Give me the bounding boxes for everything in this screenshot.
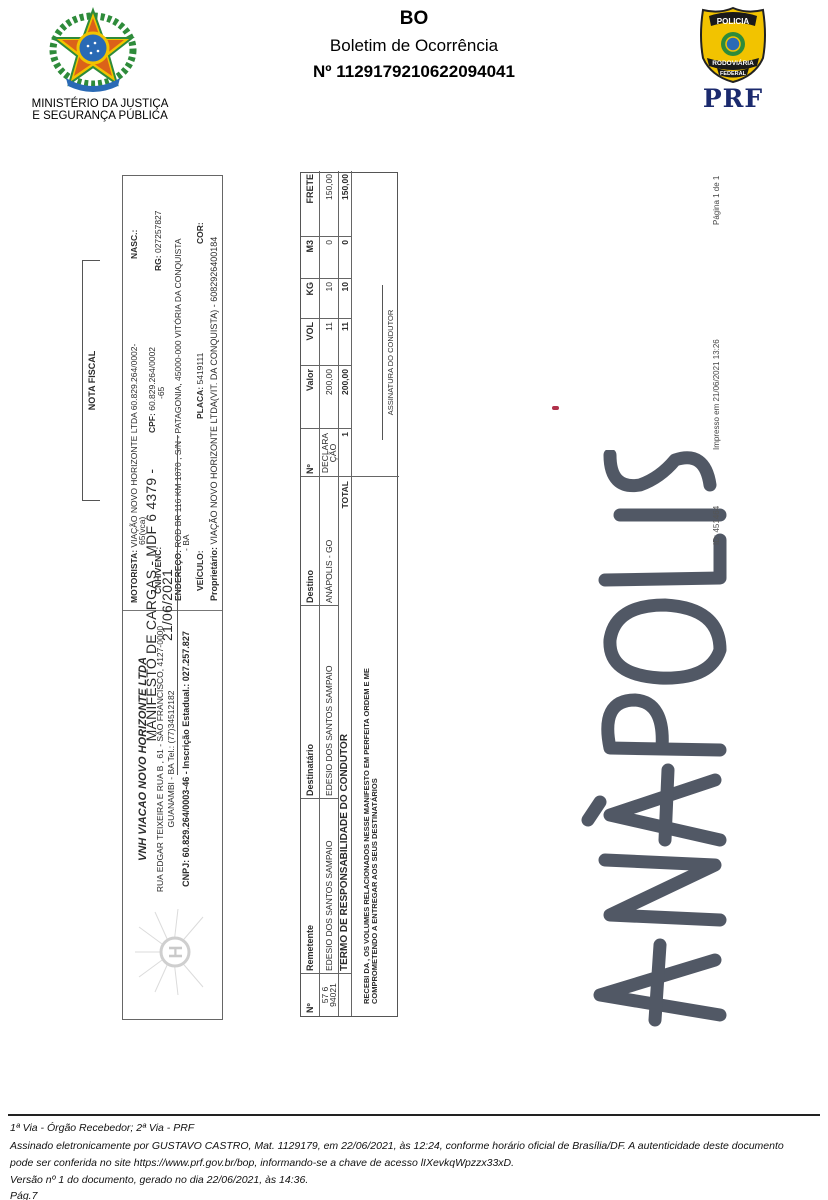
table-col-rule [338,278,351,279]
table-cell: DECLARA ÇÃO [319,432,338,474]
table-cell: EDESIO DOS SANTOS SAMPAIO [319,802,338,971]
driver-nasc: NASC.: [129,230,139,259]
ministry-label: MINISTÉRIO DA JUSTIÇA E SEGURANÇA PÚBLIC… [15,98,185,122]
table-col-rule [301,605,338,606]
table-cell: 11 [319,322,338,363]
driver-rg: RG: 027257827 [153,210,163,271]
table-col-rule [338,236,351,237]
table-cell: 0 [319,240,338,276]
table-col-rule [338,973,351,974]
table-cell: ANÁPOLIS - GO [319,480,338,603]
total-cell: 200,00 [338,369,351,426]
receipt-text: RECEBI DA , OS VOLUMES RELACIONADOS NESS… [363,504,383,1004]
table-col-rule [338,365,351,366]
table-cell: 150,00 [319,174,338,234]
total-cell: 1 [338,432,351,474]
footer-page: Pág.7 [10,1190,37,1200]
table-col-rule [301,236,338,237]
manifest-table: NºRemetenteDestinatárioDestinoNºValorVOL… [300,172,398,1017]
table-rule [351,171,352,1016]
column-header: Nº [301,432,319,474]
table-col-rule [338,476,351,477]
column-header: Remetente [301,802,319,971]
svg-text:FEDERAL: FEDERAL [720,71,747,77]
handwritten-destination [580,450,730,1040]
svg-text:POLICIA: POLICIA [717,17,750,26]
table-cell: EDESIO DOS SANTOS SAMPAIO [319,609,338,796]
driver-proprietario: Proprietário: VIAÇÃO NOVO HORIZONTE LTDA… [209,237,219,601]
total-label: TOTAL [338,481,351,606]
column-header: VOL [301,322,319,363]
company-cnpj: CNPJ: 60.829.264/0003-46 - Inscrição Est… [181,614,191,904]
footer-signature: Assinado eletronicamente por GUSTAVO CAS… [10,1140,784,1152]
total-cell: 0 [338,240,351,276]
table-col-rule [301,798,338,799]
total-cell: 150,00 [338,174,351,234]
scanned-page: H VNH VIACAO NOVO HORIZONTE LTDA RUA EDG… [100,140,760,1040]
scan-page-count: Página 1 de 1 [712,176,721,225]
driver-cor: COR: [195,222,205,244]
ink-mark [552,406,559,410]
table-cell: 10 [319,282,338,316]
column-header: FRETE [301,174,319,234]
svg-text:H: H [166,946,186,959]
column-header: KG [301,282,319,316]
table-col-rule [301,476,338,477]
driver-veiculo: VEÍCULO: [195,550,205,591]
column-header: Destino [301,480,319,603]
company-seal-icon: H [133,907,213,997]
total-cell: 10 [338,282,351,316]
ministry-line-2: E SEGURANÇA PÚBLICA [15,110,185,122]
driver-motorista: MOTORISTA: VIAÇÃO NOVO HORIZONTE LTDA 60… [129,344,139,603]
column-header: Destinatário [301,609,319,796]
scanned-manifest: H VNH VIACAO NOVO HORIZONTE LTDA RUA EDG… [100,140,760,1040]
table-col-rule [301,973,338,974]
table-col-rule [301,428,338,429]
driver-cpf-cont: -65 [156,387,166,399]
table-col-rule [301,318,338,319]
nota-fiscal-header-box: NOTA FISCAL [82,260,100,501]
footer-version: Versão nº 1 do documento, gerado no dia … [10,1174,308,1186]
prf-logo-text: PRF [690,84,776,113]
driver-endereco-cont: - BA [181,534,191,551]
footer-verification: pode ser conferida no site https://www.p… [10,1157,514,1169]
manifest-title: MANIFESTO DE CARGAS - MDF 6 4379 - 21/06… [143,435,178,775]
prf-badge-icon: POLICIA RODOVIÁRIA FEDERAL [697,6,769,84]
table-col-rule [338,428,351,429]
nota-fiscal-header: NOTA FISCAL [83,261,100,500]
column-header: M3 [301,240,319,276]
svg-text:RODOVIÁRIA: RODOVIÁRIA [712,58,754,67]
printed-at: Impresso em 21/06/2021 13:26 [712,339,721,450]
signature-line [382,285,383,440]
column-header: Valor [301,369,319,426]
table-col-rule [338,318,351,319]
column-header: Nº [301,977,319,1013]
total-cell: 11 [338,322,351,363]
footer-rule [8,1114,820,1116]
ministry-line-1: MINISTÉRIO DA JUSTIÇA [15,98,185,110]
table-cell: 57 6 94021 [319,977,338,1013]
table-col-rule [301,278,338,279]
table-col-rule [351,476,399,477]
footer-copies: 1ª Via - Órgão Recebedor; 2ª Via - PRF [10,1122,194,1134]
print-id: ID: 451464 [712,506,721,545]
table-col-rule [301,365,338,366]
driver-placa: PLACA: 5419111 [195,353,205,419]
receipt-line: COMPROMETENDO A ENTREGAR AOS SEUS DESTIN… [371,504,379,1004]
table-cell: 200,00 [319,369,338,426]
signature-label: ASSINATURA DO CONDUTOR [386,285,395,440]
